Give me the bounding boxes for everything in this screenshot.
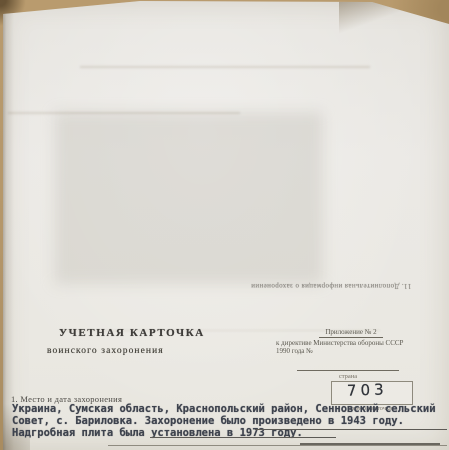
card-subtitle: воинского захоронения: [47, 346, 164, 356]
record-card-paper: 11. Дополнительная информация о захороне…: [0, 0, 449, 450]
paper-edge-shadow-topright: [339, 0, 449, 36]
form-ruled-line-dark: [300, 443, 440, 445]
paper-edge-shadow-left: [0, 0, 14, 450]
photo-show-through: [55, 112, 323, 284]
scan-streak: [8, 112, 240, 114]
country-field-label: страна: [297, 373, 399, 380]
annex-reference-block: Приложение № 2 к директиве Министерства …: [276, 328, 426, 355]
scan-streak: [80, 66, 370, 68]
underline-1973: [150, 437, 336, 438]
underline-1943: [255, 429, 447, 430]
annex-number: Приложение № 2: [276, 328, 426, 336]
handwritten-card-number: 703: [347, 380, 388, 399]
typed-location-line2: Совет, с. Бариловка. Захоронение было пр…: [12, 415, 404, 427]
card-title: УЧЕТНАЯ КАРТОЧКА: [59, 327, 205, 339]
annex-year: 1990 года №: [276, 347, 426, 355]
form-ruled-line: [108, 445, 447, 446]
annex-directive: к директиве Министерства обороны СССР: [276, 339, 426, 347]
typed-location-line1: Украина, Сумская область, Краснопольский…: [12, 403, 436, 415]
show-through-upside-down-text: 11. Дополнительная информация о захороне…: [228, 282, 434, 290]
scanner-bed: 11. Дополнительная информация о захороне…: [0, 0, 449, 450]
country-fill-line: [297, 370, 399, 371]
